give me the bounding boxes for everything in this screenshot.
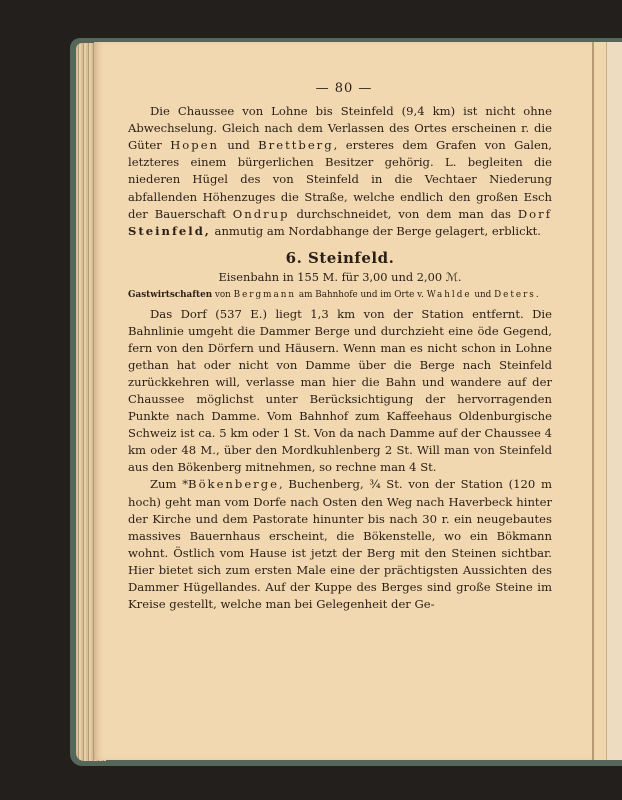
place-name-brettberg: Brettberg: [258, 138, 334, 152]
inns-info: Gastwirtschaften von Bergmann am Bahnhof…: [128, 290, 552, 302]
paragraph-boekenberg: Zum *Bökenberge, Buchenberg, ¾ St. von d…: [128, 476, 552, 613]
place-name-boekenberge: Bökenberge: [188, 477, 279, 491]
text-run: Zum *: [150, 477, 188, 491]
text-run: und: [219, 138, 258, 152]
text-run: .: [536, 290, 539, 300]
inn-name-bergmann: Bergmann: [234, 290, 296, 300]
paragraph-dorf: Das Dorf (537 E.) liegt 1,3 km von der S…: [128, 306, 552, 477]
text-run: durchschneidet, von dem man das: [290, 207, 518, 221]
inn-name-wahlde: Wahlde: [427, 290, 472, 300]
page-number: — 80 —: [136, 80, 552, 97]
place-name-steinfeld: Steinfeld,: [128, 224, 211, 238]
place-name-hopen: Hopen: [170, 138, 219, 152]
text-run: und: [472, 290, 495, 300]
rail-info: Eisenbahn in 155 M. für 3,00 und 2,00 ℳ.: [128, 269, 552, 286]
text-run: anmutig am Nordabhange der Berge gelager…: [211, 224, 541, 238]
text-run: am Bahnhofe und im Orte v.: [296, 290, 427, 300]
section-heading: 6. Steinfeld.: [128, 250, 552, 267]
place-name-dorf: Dorf: [518, 207, 552, 221]
inns-label: Gastwirtschaften: [128, 290, 212, 300]
paragraph-chaussee: Die Chaussee von Lohne bis Steinfeld (9,…: [128, 103, 552, 240]
text-run: , Buchenberg, ¾ St. von der Station (120…: [128, 477, 552, 611]
inn-name-deters: Deters: [494, 290, 536, 300]
next-page-edge-2: [606, 42, 622, 760]
text-run: von: [212, 290, 234, 300]
page-content: — 80 — Die Chaussee von Lohne bis Steinf…: [128, 80, 552, 613]
place-name-ondrup: Ondrup: [233, 207, 290, 221]
